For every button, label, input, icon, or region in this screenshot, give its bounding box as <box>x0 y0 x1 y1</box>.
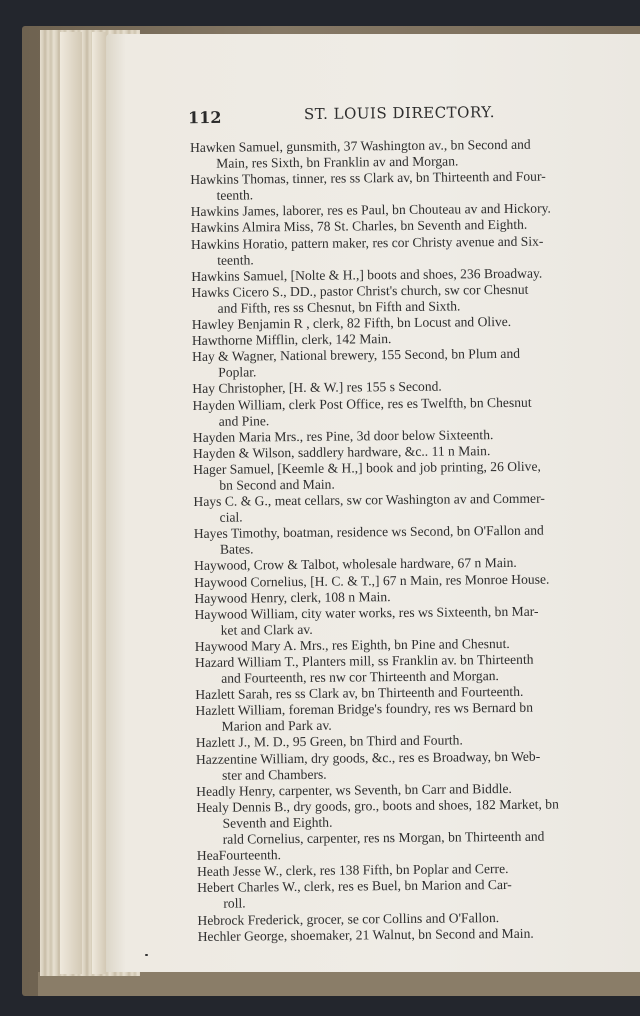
page-header: 112 ST. LOUIS DIRECTORY. <box>186 102 626 131</box>
directory-entry: Hazlett William, foreman Bridge's foundr… <box>195 699 631 735</box>
directory-entry: Hawken Samuel, gunsmith, 37 Washington a… <box>190 136 626 172</box>
page-edge-strip <box>60 32 82 974</box>
directory-entry: Hayes Timothy, boatman, residence ws Sec… <box>194 522 630 558</box>
directory-entry: rald Cornelius, carpenter, res ns Morgan… <box>197 828 633 864</box>
page-edge-strip <box>92 32 106 974</box>
running-title: ST. LOUIS DIRECTORY. <box>304 103 495 123</box>
ink-speck <box>145 954 148 956</box>
directory-entry: Hay & Wagner, National brewery, 155 Seco… <box>192 345 628 381</box>
directory-entry: Hazzentine William, dry goods, &c., res … <box>196 747 632 783</box>
directory-entry: Hays C. & G., meat cellars, sw cor Washi… <box>193 490 629 526</box>
directory-entry: Healy Dennis B., dry goods, gro., boots … <box>196 796 632 832</box>
directory-entry: Hager Samuel, [Keemle & H.,] book and jo… <box>193 458 629 494</box>
directory-entry: Hawkins Horatio, pattern maker, res cor … <box>191 232 627 268</box>
directory-entry: Hazard William T., Planters mill, ss Fra… <box>195 651 631 687</box>
directory-entries: Hawken Samuel, gunsmith, 37 Washington a… <box>190 136 634 945</box>
directory-entry: Hawks Cicero S., DD., pastor Christ's ch… <box>191 281 627 317</box>
directory-entry: Hayden William, clerk Post Office, res e… <box>192 393 628 429</box>
directory-entry: Haywood William, city water works, res w… <box>194 603 630 639</box>
page-number: 112 <box>188 108 222 127</box>
directory-entry: Hawkins Thomas, tinner, res ss Clark av,… <box>190 168 626 204</box>
directory-entry: Hebert Charles W., clerk, res es Buel, b… <box>197 876 633 912</box>
